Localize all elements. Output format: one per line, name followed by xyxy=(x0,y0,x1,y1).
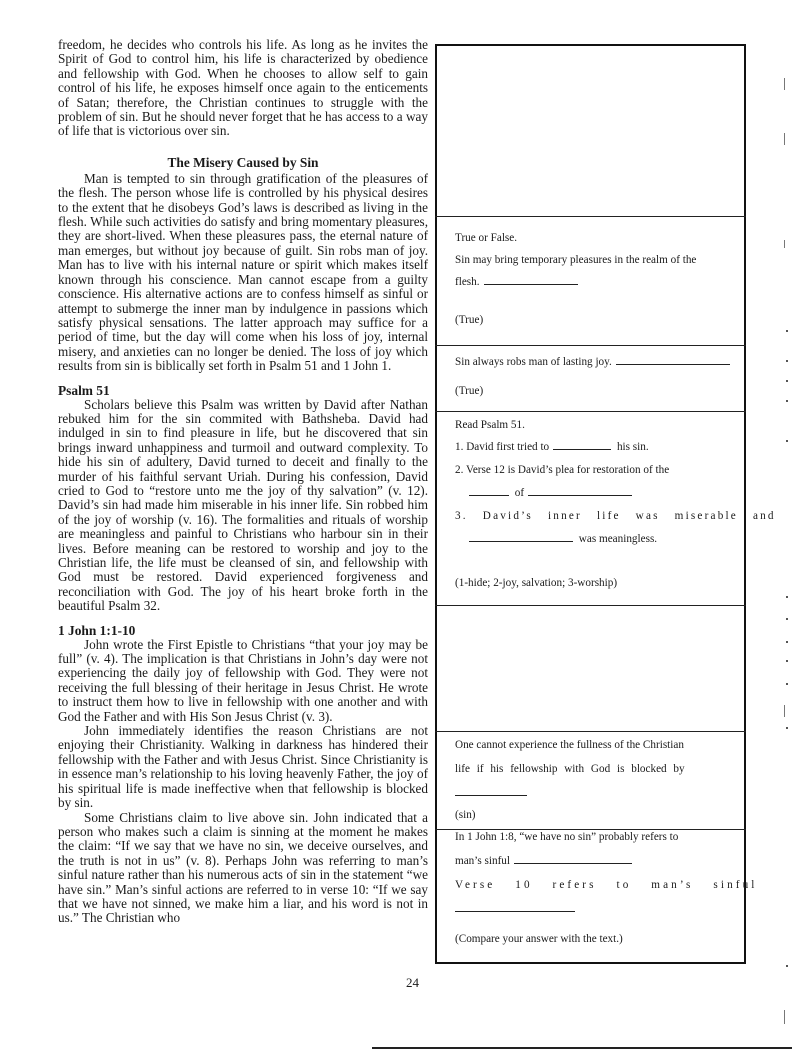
question-line: Sin always robs man of lasting joy. xyxy=(455,355,733,369)
scan-artifact xyxy=(786,683,788,685)
instruction: Read Psalm 51. xyxy=(455,418,733,432)
workbook-box-true-false: True or False. Sin may bring temporary p… xyxy=(455,231,733,327)
question-line: One cannot experience the fullness of th… xyxy=(455,738,733,752)
question-2-blanks: of xyxy=(455,486,733,500)
scan-artifact xyxy=(784,705,785,717)
psalm-heading: Psalm 51 xyxy=(58,383,428,398)
answer-blank[interactable] xyxy=(455,794,527,796)
answer-key: (True) xyxy=(455,313,733,327)
answer-blank[interactable] xyxy=(616,363,730,365)
john-heading: 1 John 1:1-10 xyxy=(58,623,428,638)
john-paragraph-3: Some Christians claim to live above sin.… xyxy=(58,811,428,926)
answer-blank-line xyxy=(455,786,733,800)
question-1: 1. David first tried to his sin. xyxy=(455,440,733,454)
workbook-box-empty-1 xyxy=(455,46,733,214)
scan-artifact xyxy=(786,400,788,402)
question-line-2: life if his fellowship with God is block… xyxy=(455,762,733,776)
scan-artifact xyxy=(784,240,785,248)
scan-artifact xyxy=(786,596,788,598)
bottom-rule xyxy=(372,1047,792,1049)
question-2: 2. Verse 12 is David’s plea for restorat… xyxy=(455,463,733,477)
divider xyxy=(435,411,746,412)
scan-artifact xyxy=(784,133,785,145)
scan-artifact xyxy=(784,78,785,90)
page-number: 24 xyxy=(406,975,419,991)
workbook-box-1john: In 1 John 1:8, “we have no sin” probably… xyxy=(455,830,733,946)
question-1-blank: man’s sinful xyxy=(455,854,733,868)
psalm-paragraph: Scholars believe this Psalm was written … xyxy=(58,398,428,614)
answer-blank[interactable] xyxy=(469,540,573,542)
question-1: In 1 John 1:8, “we have no sin” probably… xyxy=(455,830,733,844)
scan-artifact xyxy=(786,660,788,662)
answer-blank[interactable] xyxy=(455,910,575,912)
divider xyxy=(435,731,746,732)
question-line-2: flesh. xyxy=(455,275,733,289)
divider xyxy=(435,605,746,606)
answer-blank[interactable] xyxy=(514,862,632,864)
scan-artifact xyxy=(786,380,788,382)
answer-blank[interactable] xyxy=(484,283,578,285)
scan-artifact xyxy=(786,330,788,332)
section-heading: The Misery Caused by Sin xyxy=(58,155,428,170)
intro-paragraph: freedom, he decides who controls his lif… xyxy=(58,38,428,139)
answer-blank[interactable] xyxy=(469,494,509,496)
john-paragraph-1: John wrote the First Epistle to Christia… xyxy=(58,638,428,724)
question-2: Verse 10 refers to man’s sinful xyxy=(455,878,733,892)
answer-key: (1-hide; 2-joy, salvation; 3-worship) xyxy=(455,576,733,590)
scan-artifact xyxy=(786,360,788,362)
question-2-blank xyxy=(455,902,733,916)
question-3: 3. David’s inner life was miserable and xyxy=(455,509,733,523)
instruction: True or False. xyxy=(455,231,733,245)
scan-artifact xyxy=(786,965,788,967)
scan-artifact xyxy=(786,641,788,643)
divider xyxy=(435,216,746,217)
answer-key: (True) xyxy=(455,384,733,398)
john-paragraph-2: John immediately identifies the reason C… xyxy=(58,724,428,810)
answer-blank[interactable] xyxy=(528,494,632,496)
scan-artifact xyxy=(784,1010,785,1024)
workbook-box-joy: Sin always robs man of lasting joy. (Tru… xyxy=(455,355,733,398)
scan-artifact xyxy=(786,727,788,729)
scan-artifact xyxy=(786,440,788,442)
misery-paragraph: Man is tempted to sin through gratificat… xyxy=(58,172,428,374)
workbook-box-empty-2 xyxy=(455,607,733,729)
question-line: Sin may bring temporary pleasures in the… xyxy=(455,253,733,267)
scan-artifact xyxy=(786,618,788,620)
answer-key: (sin) xyxy=(455,808,733,822)
body-text-column: freedom, he decides who controls his lif… xyxy=(58,38,428,926)
answer-key: (Compare your answer with the text.) xyxy=(455,932,733,946)
divider xyxy=(435,345,746,346)
workbook-box-psalm: Read Psalm 51. 1. David first tried to h… xyxy=(455,418,733,590)
workbook-box-fellowship: One cannot experience the fullness of th… xyxy=(455,738,733,822)
answer-blank[interactable] xyxy=(553,448,611,450)
question-3-blank: was meaningless. xyxy=(455,532,733,546)
